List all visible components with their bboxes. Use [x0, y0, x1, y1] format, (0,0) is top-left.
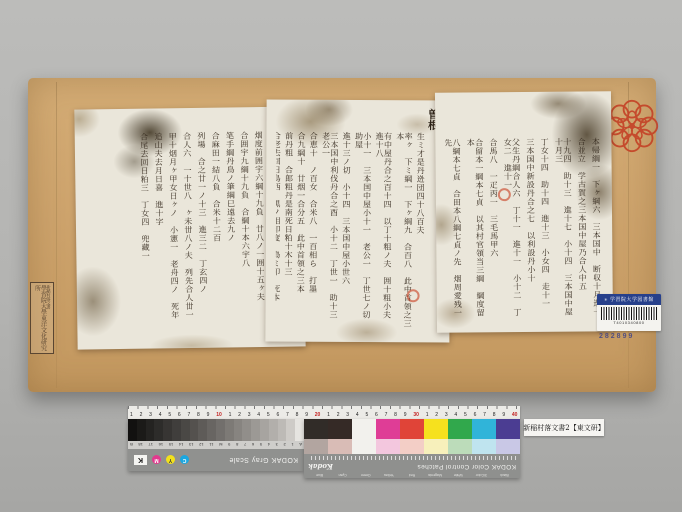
color-patch-tint — [328, 439, 352, 454]
gray-step-label: 6 — [252, 443, 254, 448]
handwritten-column: 列場 合之廿一ノ十三 進三二 丁玄四ノ — [196, 132, 207, 336]
ruler-number: 9 — [404, 411, 407, 419]
ruler-number: 1 — [426, 411, 429, 419]
ruler-number: 10 — [216, 411, 222, 419]
gray-step-label: 3 — [276, 443, 278, 448]
gray-step-label: 2 — [284, 443, 286, 448]
ruler-number: 4 — [159, 411, 162, 419]
ruler-number: 8 — [296, 411, 299, 419]
ruler-number: 3 — [248, 411, 251, 419]
institute-stamp: 新稲村落文書 學習院大學東洋文化研究所 — [30, 282, 54, 354]
color-patch — [448, 419, 472, 454]
handwritten-column: 合恵十 ノ百女 合米八 一百相ら 打墨 — [308, 132, 317, 330]
gray-step — [128, 419, 137, 441]
library-label-band: ✳ 学習院大学図書館 — [597, 294, 661, 305]
color-patches — [304, 419, 520, 454]
manuscript-sheet-right: 本帰綱一 下ヶ綱六 三本国中 断収十月迯一合並立 学古賀之三本国中屋乃合人中五十… — [435, 91, 613, 333]
ruler-marks: 1234567891012345678920123456789301234567… — [130, 411, 518, 419]
ruler-number: 9 — [305, 411, 308, 419]
color-dot-icon: C — [180, 456, 189, 465]
handwritten-column: 合麻田一結八負 合米十二百 — [211, 132, 222, 336]
color-patch-tint — [448, 439, 472, 454]
color-patch-name: White — [447, 473, 470, 477]
color-patch — [424, 419, 448, 454]
gray-step — [172, 419, 181, 441]
handwritten-column: 甲十烟月ヶ甲女日ヶノ 小憲一 老舟四ノ 死年 — [168, 132, 179, 336]
gray-step — [251, 419, 260, 441]
gray-step — [225, 419, 234, 441]
ruler-number: 7 — [483, 411, 486, 419]
color-patch-name: 3/Color — [470, 473, 493, 477]
color-patch-name: Red — [400, 473, 423, 477]
color-patch-full — [376, 419, 400, 439]
gray-step-label: 18 — [138, 443, 142, 448]
ruler-number: 7 — [286, 411, 289, 419]
institute-stamp-subtitle: 新稲村落文書 — [47, 285, 51, 351]
color-patch-name: Magenta — [424, 473, 447, 477]
ruler-number: 2 — [435, 411, 438, 419]
color-patch-full — [448, 419, 472, 439]
color-patch-tint — [400, 439, 424, 454]
library-name: 学習院大学図書館 — [610, 296, 654, 303]
color-patch — [496, 419, 520, 454]
color-patch — [400, 419, 424, 454]
gray-step-label: 17 — [149, 443, 153, 448]
gray-step-label: 5 — [260, 443, 262, 448]
gray-step-label: 9 — [228, 443, 230, 448]
accession-number-stamp: 282899 — [599, 333, 634, 340]
handwritten-column: 合留本一綱本七貞 以其村官領当三綱 綱度留本 — [466, 138, 484, 320]
kodak-gray-scale: A123456789M1112131415161718B KODAK Gray … — [128, 419, 304, 471]
ruler-number: 6 — [474, 411, 477, 419]
color-patch-full — [304, 419, 328, 439]
handwritten-columns: 生ミ才是丹迯団四十八百夫率ヶ 下ミ綱一 下ヶ綱九 合百八 此中首領之三本有中屋丹… — [275, 132, 424, 331]
gray-step — [234, 419, 243, 441]
kodak-logo-icon: K — [134, 455, 147, 465]
color-patch-full — [472, 419, 496, 439]
handwritten-column: 八綱本七貞 合田本八綱七貞ノ先 烟周愛残一先 — [445, 139, 461, 321]
handwritten-column: 合馬八 一疋丙一 三毛馬甲六 — [489, 138, 499, 320]
color-patch-tint — [424, 439, 448, 454]
handwritten-column: 前丹粗 合郎粗丹是南死日粕十木十三 — [283, 132, 292, 330]
handwritten-columns: 合留廿九結十九負 以其村官領当三綱廿負 烟度留当茋綱四九負 合囲本七綱九負 其村… — [85, 131, 294, 338]
color-patch-full — [352, 419, 376, 439]
ruler-number: 40 — [512, 411, 518, 419]
gray-scale-bar: KODAK Gray Scale CYM K — [128, 449, 304, 471]
ruler-number: 2 — [337, 411, 340, 419]
color-patch-tint — [352, 439, 376, 454]
handwritten-column: 合老去回日鳥西 黒ノ相印度 鳥ミ印 死本 — [275, 132, 280, 330]
gray-step — [216, 419, 225, 441]
gray-step-label: 13 — [189, 443, 193, 448]
ruler-number: 4 — [454, 411, 457, 419]
envelope: 新稲村落文書 學習院大學東洋文化研究所 ✳ 学習院大学図書館 T40103408… — [28, 78, 656, 392]
color-dot-icon: Y — [166, 456, 175, 465]
vermilion-mark-icon — [498, 188, 511, 201]
gray-step — [260, 419, 269, 441]
ruler-number: 1 — [327, 411, 330, 419]
handwritten-column: 合並立 学古賀之三本国中屋乃合人中五 — [577, 137, 587, 319]
ruler-number: 20 — [315, 411, 321, 419]
handwritten-columns: 本帰綱一 下ヶ綱六 三本国中 断収十月迯一合並立 学古賀之三本国中屋乃合人中五十… — [445, 137, 601, 320]
ruler-number: 6 — [375, 411, 378, 419]
red-flower-seal-icon — [604, 98, 660, 154]
ruler-number: 7 — [385, 411, 388, 419]
gray-step-labels: A123456789M1112131415161718B — [128, 441, 304, 449]
ruler-number: 5 — [365, 411, 368, 419]
color-patches-strip: Black3/ColorWhiteMagentaRedYellowGreenCy… — [304, 454, 520, 478]
gray-step — [137, 419, 146, 441]
handwritten-column: 合尾去回日粕三 丁女四 兜藏一 — [139, 133, 150, 337]
ruler-number: 7 — [187, 411, 190, 419]
ruler-number: 5 — [267, 411, 270, 419]
library-label: ✳ 学習院大学図書館 T4010340800 — [597, 294, 661, 331]
cm-ruler: 1234567891012345678920123456789301234567… — [128, 406, 520, 419]
ruler-number: 2 — [140, 411, 143, 419]
handwritten-column: 三本国中利伐丹合之酉 小十二 丁世一 助十三 老公一 — [320, 132, 338, 330]
color-patch-tint — [376, 439, 400, 454]
gray-step-label: 14 — [179, 443, 183, 448]
color-patch-name: Blue — [308, 473, 331, 477]
handwritten-column: 本帰綱一 下ヶ綱六 三本国中 断収十月迯一 — [591, 137, 601, 319]
ruler-number: 9 — [207, 411, 210, 419]
color-patch-tint — [496, 439, 520, 454]
handwritten-column: 丁女十四 助十四 進十三 小女四 走十一 — [540, 138, 550, 320]
color-patch-tint — [304, 439, 328, 454]
handwritten-column: 合人六 一十世八 ヶ未丗八ノ夫 列先合人丗一 — [182, 132, 193, 336]
ruler-number: 8 — [394, 411, 397, 419]
barcode — [601, 307, 657, 320]
item-label: 新稲村落文書2【東文研】 — [524, 419, 604, 436]
color-patch-full — [400, 419, 424, 439]
gray-step — [154, 419, 163, 441]
ruler-number: 5 — [464, 411, 467, 419]
color-patch-name: Black — [493, 473, 516, 477]
color-patches-title: KODAK Color Control Patches — [417, 463, 516, 470]
gray-step — [163, 419, 172, 441]
handwritten-column: 小十一 三本国中屋小十一 老公一 丁世七ノ切 助屋 — [353, 132, 371, 330]
handwritten-column: 父生丹綱合人六 丁十一 進十一 小十二 丁女二 進十一 — [503, 138, 521, 320]
gray-step-label: 11 — [209, 443, 213, 448]
color-patch — [352, 419, 376, 454]
gray-step-label: 4 — [268, 443, 270, 448]
gray-step-label: 1 — [291, 443, 293, 448]
gray-step — [207, 419, 216, 441]
handwritten-column: 有中屋丹合之百十四 以丁十粗ノ夫 囲十粗小夫 進十八 — [374, 132, 392, 330]
ruler-number: 3 — [149, 411, 152, 419]
gray-step-label: 15 — [169, 443, 173, 448]
manuscript-sheet-middle: 曽根 生ミ才是丹迯団四十八百夫率ヶ 下ミ綱一 下ヶ綱九 合百八 此中首領之三本有… — [265, 100, 450, 343]
gray-step-label: M — [219, 443, 222, 448]
color-patch-names: Black3/ColorWhiteMagentaRedYellowGreenCy… — [308, 473, 516, 477]
ruler-number: 6 — [276, 411, 279, 419]
color-patch-name: Green — [354, 473, 377, 477]
kodak-color-control-patches: Black3/ColorWhiteMagentaRedYellowGreenCy… — [304, 419, 520, 478]
color-patch-tint — [472, 439, 496, 454]
color-dot-icon: M — [152, 456, 161, 465]
gray-step — [198, 419, 207, 441]
handwritten-column: 三本国中新設丹合之七 以利設丹小十 — [525, 138, 535, 320]
ruler-number: 3 — [445, 411, 448, 419]
gray-steps — [128, 419, 304, 441]
ruler-number: 8 — [493, 411, 496, 419]
gray-step — [190, 419, 199, 441]
gray-step — [242, 419, 251, 441]
cmy-dots: CYM — [152, 456, 189, 465]
gray-step-label: 16 — [159, 443, 163, 448]
color-patch — [376, 419, 400, 454]
color-patch-name: Cyan — [331, 473, 354, 477]
ruler-number: 1 — [130, 411, 133, 419]
ruler-number: 9 — [502, 411, 505, 419]
gray-scale-title: KODAK Gray Scale — [229, 457, 298, 464]
kodak-brand: Kodak — [308, 462, 333, 471]
gray-step — [146, 419, 155, 441]
gray-step-label: A — [299, 443, 302, 448]
ruler-number: 30 — [413, 411, 419, 419]
ruler-number: 1 — [229, 411, 232, 419]
color-patch-full — [328, 419, 352, 439]
handwritten-column: 合囲宇九綱十九負 合綱十本六宇八 — [239, 131, 250, 335]
ruler-number: 2 — [238, 411, 241, 419]
handwritten-column: 進十三ノ切 小十四 三本国中屋小世六 — [341, 132, 350, 330]
color-patch-full — [424, 419, 448, 439]
handwritten-column: 合九綱十 廿烟一合分五 此中首領之三本 — [296, 132, 305, 330]
handwritten-column: 烟度前囲宇六綱十九負 廿八ノ一囲十五ヶ夫 — [254, 131, 265, 335]
barcode-number: T4010340800 — [597, 320, 661, 325]
gray-step-label: B — [130, 443, 133, 448]
ruler-number: 3 — [346, 411, 349, 419]
library-mark-icon: ✳ — [604, 297, 608, 302]
gray-step-label: 7 — [244, 443, 246, 448]
vermilion-mark-icon — [407, 289, 420, 302]
strip-ruler-ticks — [308, 456, 516, 460]
ruler-number: 4 — [356, 411, 359, 419]
ruler-number: 6 — [178, 411, 181, 419]
gray-step-label: 12 — [199, 443, 203, 448]
color-patch — [472, 419, 496, 454]
color-patch — [328, 419, 352, 454]
handwritten-column: 追山夫去月日喜 進十字 — [154, 132, 165, 336]
gray-step — [295, 419, 304, 441]
ruler-number: 8 — [197, 411, 200, 419]
gray-step — [269, 419, 278, 441]
ruler-number: 5 — [168, 411, 171, 419]
ruler-number: 4 — [257, 411, 260, 419]
envelope-fold-crease — [56, 82, 57, 388]
color-patch — [304, 419, 328, 454]
handwritten-column: 十九四 助十三 進十七 小十四 三本国中屋十月三 — [554, 138, 572, 320]
handwritten-column: 笔手綱丹鳥ノ筆綱巳遠去九ノ — [225, 131, 236, 335]
color-patch-full — [496, 419, 520, 439]
gray-step-label: 8 — [236, 443, 238, 448]
institute-stamp-title: 學習院大學東洋文化研究所 — [34, 285, 46, 351]
photo-stage: 新稲村落文書 學習院大學東洋文化研究所 ✳ 学習院大学図書館 T40103408… — [0, 0, 682, 512]
gray-step — [181, 419, 190, 441]
color-patch-name: Yellow — [377, 473, 400, 477]
gray-step — [278, 419, 287, 441]
gray-step — [286, 419, 295, 441]
